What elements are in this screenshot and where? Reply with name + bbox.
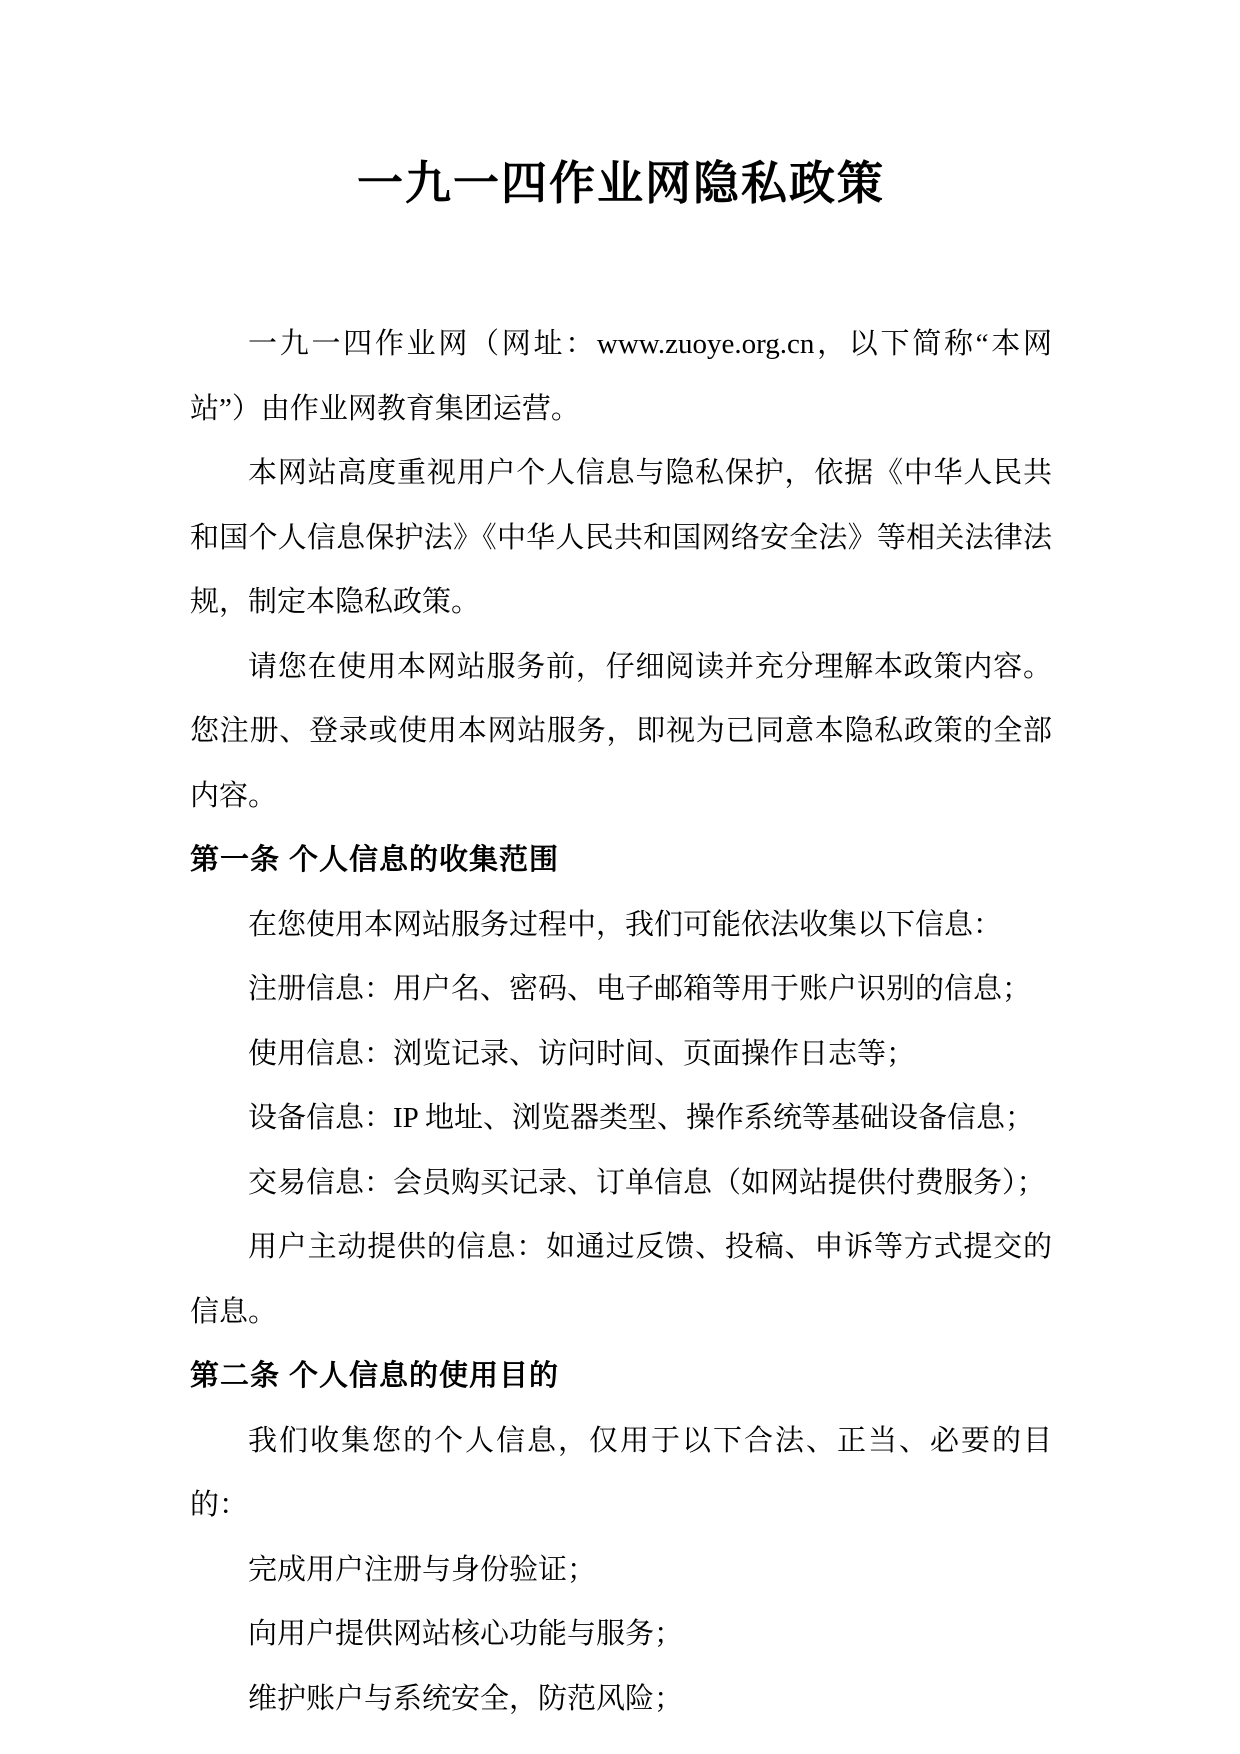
doc-paragraph: 在您使用本网站服务过程中，我们可能依法收集以下信息： (190, 893, 1052, 958)
document-page: 一九一四作业网隐私政策 一九一四作业网（网址：www.zuoye.org.cn，… (0, 0, 1240, 1754)
doc-paragraph: 本网站高度重视用户个人信息与隐私保护，依据《中华人民共和国个人信息保护法》《中华… (190, 441, 1052, 635)
doc-paragraph: 一九一四作业网（网址：www.zuoye.org.cn，以下简称“本网站”）由作… (190, 312, 1052, 441)
doc-paragraph: 设备信息：IP 地址、浏览器类型、操作系统等基础设备信息； (190, 1086, 1052, 1151)
section-heading-article-1: 第一条 个人信息的收集范围 (190, 828, 1052, 893)
doc-paragraph: 维护账户与系统安全，防范风险； (190, 1667, 1052, 1732)
doc-paragraph: 我们收集您的个人信息，仅用于以下合法、正当、必要的目的： (190, 1409, 1052, 1538)
section-heading-article-2: 第二条 个人信息的使用目的 (190, 1344, 1052, 1409)
document-body: 一九一四作业网（网址：www.zuoye.org.cn，以下简称“本网站”）由作… (190, 312, 1052, 1731)
doc-paragraph: 请您在使用本网站服务前，仔细阅读并充分理解本政策内容。您注册、登录或使用本网站服… (190, 635, 1052, 829)
document-content: 一九一四作业网隐私政策 一九一四作业网（网址：www.zuoye.org.cn，… (190, 0, 1052, 1731)
doc-paragraph: 完成用户注册与身份验证； (190, 1538, 1052, 1603)
doc-paragraph: 用户主动提供的信息：如通过反馈、投稿、申诉等方式提交的信息。 (190, 1215, 1052, 1344)
doc-paragraph: 向用户提供网站核心功能与服务； (190, 1602, 1052, 1667)
doc-paragraph: 注册信息：用户名、密码、电子邮箱等用于账户识别的信息； (190, 957, 1052, 1022)
doc-paragraph: 使用信息：浏览记录、访问时间、页面操作日志等； (190, 1022, 1052, 1087)
doc-paragraph: 交易信息：会员购买记录、订单信息（如网站提供付费服务）； (190, 1151, 1052, 1216)
page-title: 一九一四作业网隐私政策 (190, 148, 1052, 220)
